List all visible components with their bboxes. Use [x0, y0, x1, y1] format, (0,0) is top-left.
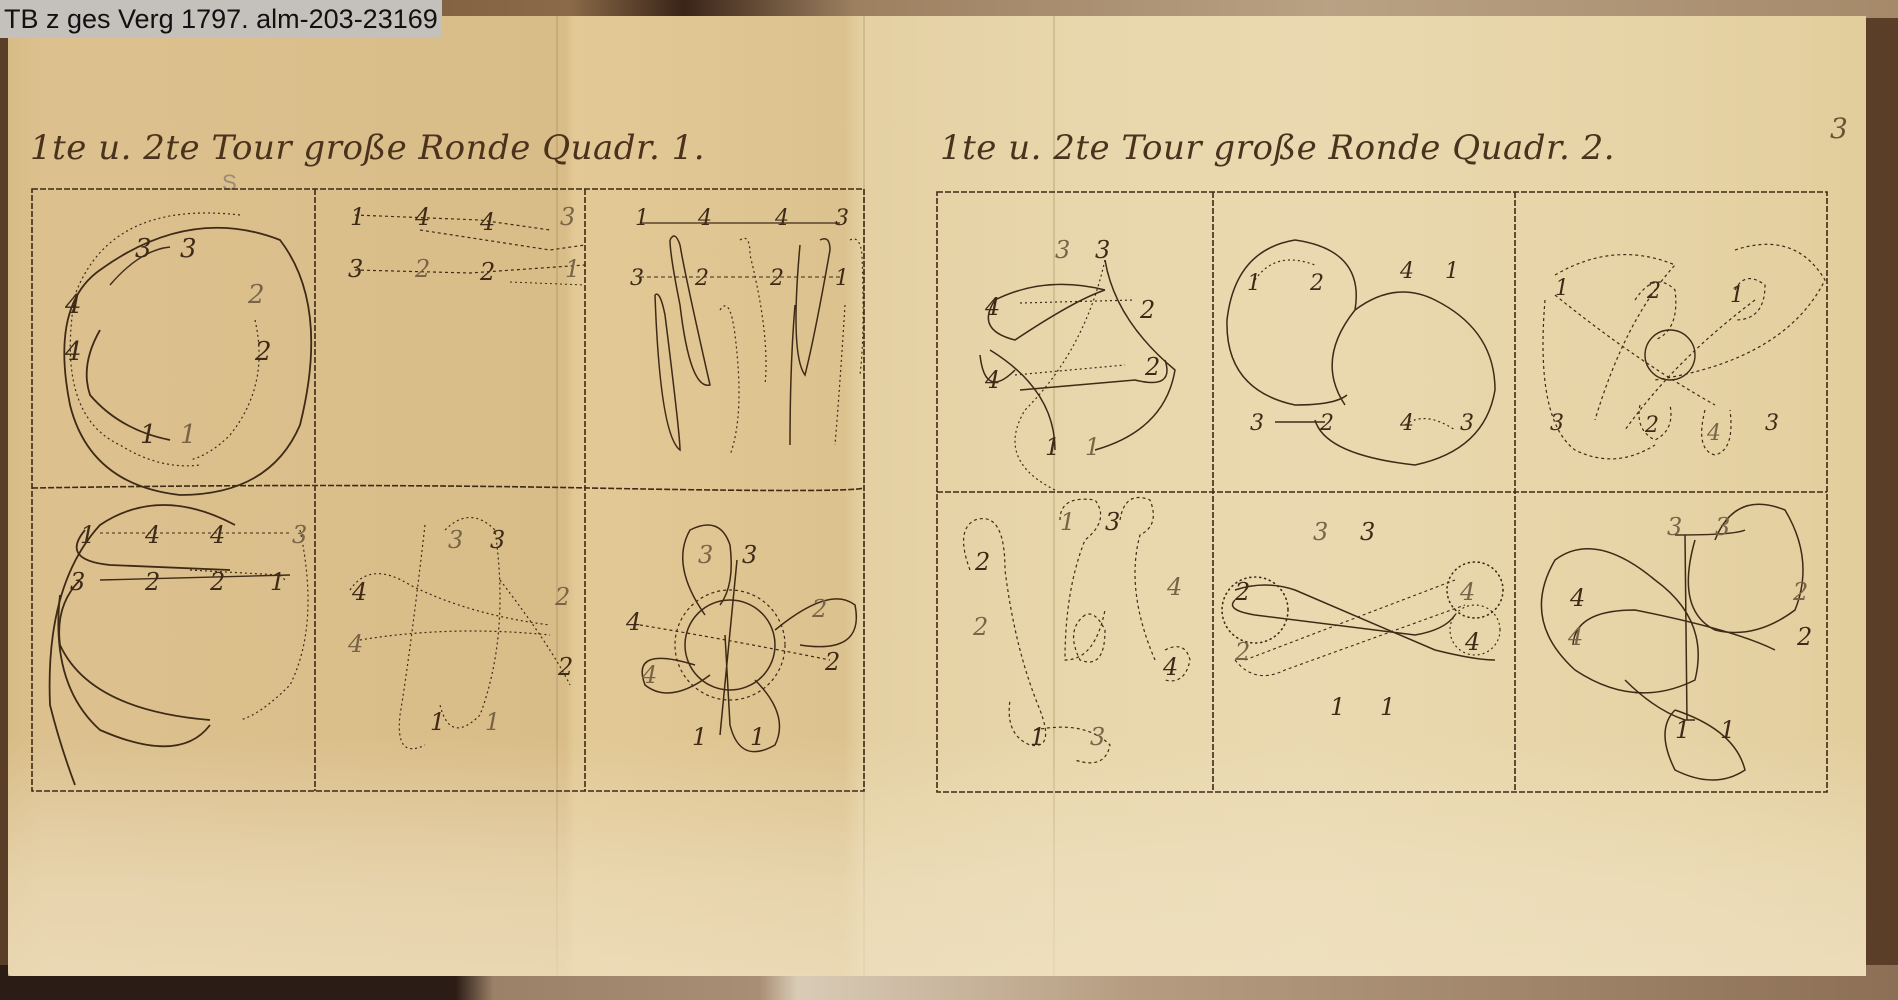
- svg-text:2: 2: [554, 583, 570, 611]
- svg-text:3: 3: [1105, 508, 1120, 536]
- svg-text:1: 1: [1445, 259, 1459, 284]
- svg-text:3: 3: [1765, 411, 1779, 436]
- panel-top-3: 1443 3221: [630, 206, 863, 455]
- svg-text:3: 3: [1250, 411, 1264, 436]
- svg-text:1: 1: [350, 203, 365, 231]
- svg-text:3: 3: [180, 234, 197, 264]
- svg-text:4: 4: [64, 290, 82, 320]
- svg-text:1: 1: [1720, 716, 1735, 744]
- svg-text:3: 3: [490, 526, 505, 554]
- svg-text:4: 4: [1162, 653, 1178, 681]
- svg-text:1: 1: [1247, 271, 1261, 296]
- svg-text:2: 2: [974, 548, 990, 576]
- plate-2-title: 1te u. 2te Tour große Ronde Quadr. 2.: [940, 128, 1615, 168]
- plate-1-title: 1te u. 2te Tour große Ronde Quadr. 1.: [30, 128, 705, 168]
- svg-text:3: 3: [560, 203, 575, 231]
- svg-text:3: 3: [135, 234, 152, 264]
- svg-text:3: 3: [835, 206, 849, 231]
- panel-bottom-3: 44 33 22 11: [1541, 504, 1812, 780]
- plate-1-diagram-grid: 33 44 22 11 1443 3221 1443 3221: [30, 185, 870, 795]
- panel-top-2: 1443 3221: [348, 203, 585, 286]
- svg-text:1: 1: [1030, 723, 1045, 751]
- svg-text:1: 1: [270, 568, 285, 596]
- svg-text:3: 3: [1095, 236, 1110, 264]
- svg-text:1: 1: [1675, 716, 1690, 744]
- svg-text:3: 3: [698, 541, 713, 569]
- panel-top-1: 33 44 22 11: [980, 236, 1175, 490]
- svg-text:3: 3: [742, 541, 757, 569]
- svg-text:4: 4: [209, 521, 225, 549]
- svg-text:2: 2: [557, 653, 573, 681]
- svg-text:4: 4: [1464, 628, 1480, 656]
- svg-text:1: 1: [180, 420, 197, 450]
- svg-text:1: 1: [485, 708, 500, 736]
- svg-text:2: 2: [824, 648, 840, 676]
- svg-text:4: 4: [1399, 411, 1414, 436]
- svg-text:4: 4: [64, 337, 82, 367]
- svg-text:1: 1: [1730, 283, 1744, 308]
- svg-text:2: 2: [1796, 623, 1812, 651]
- svg-text:1: 1: [1555, 276, 1569, 301]
- svg-text:1: 1: [1330, 693, 1345, 721]
- svg-text:1: 1: [430, 708, 445, 736]
- svg-text:2: 2: [1309, 271, 1324, 296]
- svg-text:3: 3: [292, 521, 307, 549]
- svg-text:1: 1: [1060, 508, 1075, 536]
- svg-text:3: 3: [348, 255, 363, 283]
- svg-text:2: 2: [209, 568, 225, 596]
- svg-text:1: 1: [1085, 433, 1100, 461]
- svg-text:1: 1: [1380, 693, 1395, 721]
- svg-text:2: 2: [247, 280, 265, 310]
- panel-bottom-3: 33 44 22 11: [625, 525, 856, 752]
- svg-text:4: 4: [1459, 578, 1475, 606]
- svg-text:1: 1: [1045, 433, 1060, 461]
- svg-text:4: 4: [625, 608, 641, 636]
- panel-bottom-1: 1443 3221: [50, 505, 308, 785]
- svg-text:4: 4: [1399, 259, 1414, 284]
- svg-text:2: 2: [811, 595, 827, 623]
- svg-text:4: 4: [1569, 584, 1585, 612]
- panel-top-3: 121 3243: [1543, 244, 1825, 459]
- svg-text:2: 2: [1646, 279, 1661, 304]
- svg-text:1: 1: [835, 266, 849, 291]
- svg-text:2: 2: [254, 337, 272, 367]
- svg-text:3: 3: [1313, 518, 1328, 546]
- svg-text:3: 3: [1460, 411, 1474, 436]
- svg-text:4: 4: [984, 293, 1000, 321]
- image-caption: TB z ges Verg 1797. alm-203-23169: [0, 0, 442, 38]
- svg-text:4: 4: [984, 366, 1000, 394]
- svg-text:2: 2: [414, 255, 430, 283]
- page-number: 3: [1830, 112, 1848, 145]
- svg-text:2: 2: [144, 568, 160, 596]
- svg-text:1: 1: [140, 420, 157, 450]
- svg-text:2: 2: [1319, 411, 1334, 436]
- svg-text:3: 3: [630, 266, 644, 291]
- svg-text:4: 4: [1706, 421, 1721, 446]
- svg-text:3: 3: [1550, 411, 1564, 436]
- svg-text:2: 2: [972, 613, 988, 641]
- plate-2-diagram-grid: 33 44 22 11 12 41 32 43 121 3243: [935, 190, 1835, 800]
- svg-text:3: 3: [1667, 513, 1682, 541]
- svg-text:4: 4: [774, 206, 789, 231]
- svg-text:2: 2: [769, 266, 784, 291]
- svg-text:1: 1: [80, 521, 95, 549]
- svg-text:2: 2: [1144, 353, 1160, 381]
- svg-text:3: 3: [70, 568, 85, 596]
- svg-text:2: 2: [1234, 638, 1250, 666]
- svg-text:3: 3: [1090, 723, 1105, 751]
- panel-top-1: 33 44 22 11: [64, 213, 311, 495]
- svg-text:4: 4: [414, 203, 430, 231]
- svg-text:3: 3: [448, 526, 463, 554]
- svg-text:4: 4: [641, 661, 657, 689]
- svg-text:1: 1: [565, 255, 580, 283]
- svg-text:1: 1: [692, 723, 707, 751]
- svg-text:2: 2: [1792, 578, 1808, 606]
- panel-bottom-1: 22 13 44 13: [964, 498, 1190, 763]
- panel-bottom-2: 33 22 44 11: [1222, 518, 1503, 721]
- svg-text:3: 3: [1360, 518, 1375, 546]
- svg-text:4: 4: [351, 578, 367, 606]
- svg-text:2: 2: [1139, 296, 1155, 324]
- svg-text:4: 4: [479, 208, 495, 236]
- panel-bottom-2: 33 44 22 11: [347, 518, 573, 749]
- svg-text:1: 1: [750, 723, 765, 751]
- svg-text:2: 2: [1234, 578, 1250, 606]
- svg-text:4: 4: [697, 206, 712, 231]
- svg-text:3: 3: [1715, 513, 1730, 541]
- svg-text:2: 2: [1644, 413, 1659, 438]
- svg-text:3: 3: [1055, 236, 1070, 264]
- svg-text:2: 2: [479, 258, 495, 286]
- svg-text:2: 2: [694, 266, 709, 291]
- svg-text:4: 4: [1166, 573, 1182, 601]
- panel-top-2: 12 41 32 43: [1227, 240, 1495, 465]
- svg-text:4: 4: [347, 630, 363, 658]
- svg-text:4: 4: [144, 521, 160, 549]
- svg-text:4: 4: [1567, 623, 1583, 651]
- svg-text:1: 1: [635, 206, 649, 231]
